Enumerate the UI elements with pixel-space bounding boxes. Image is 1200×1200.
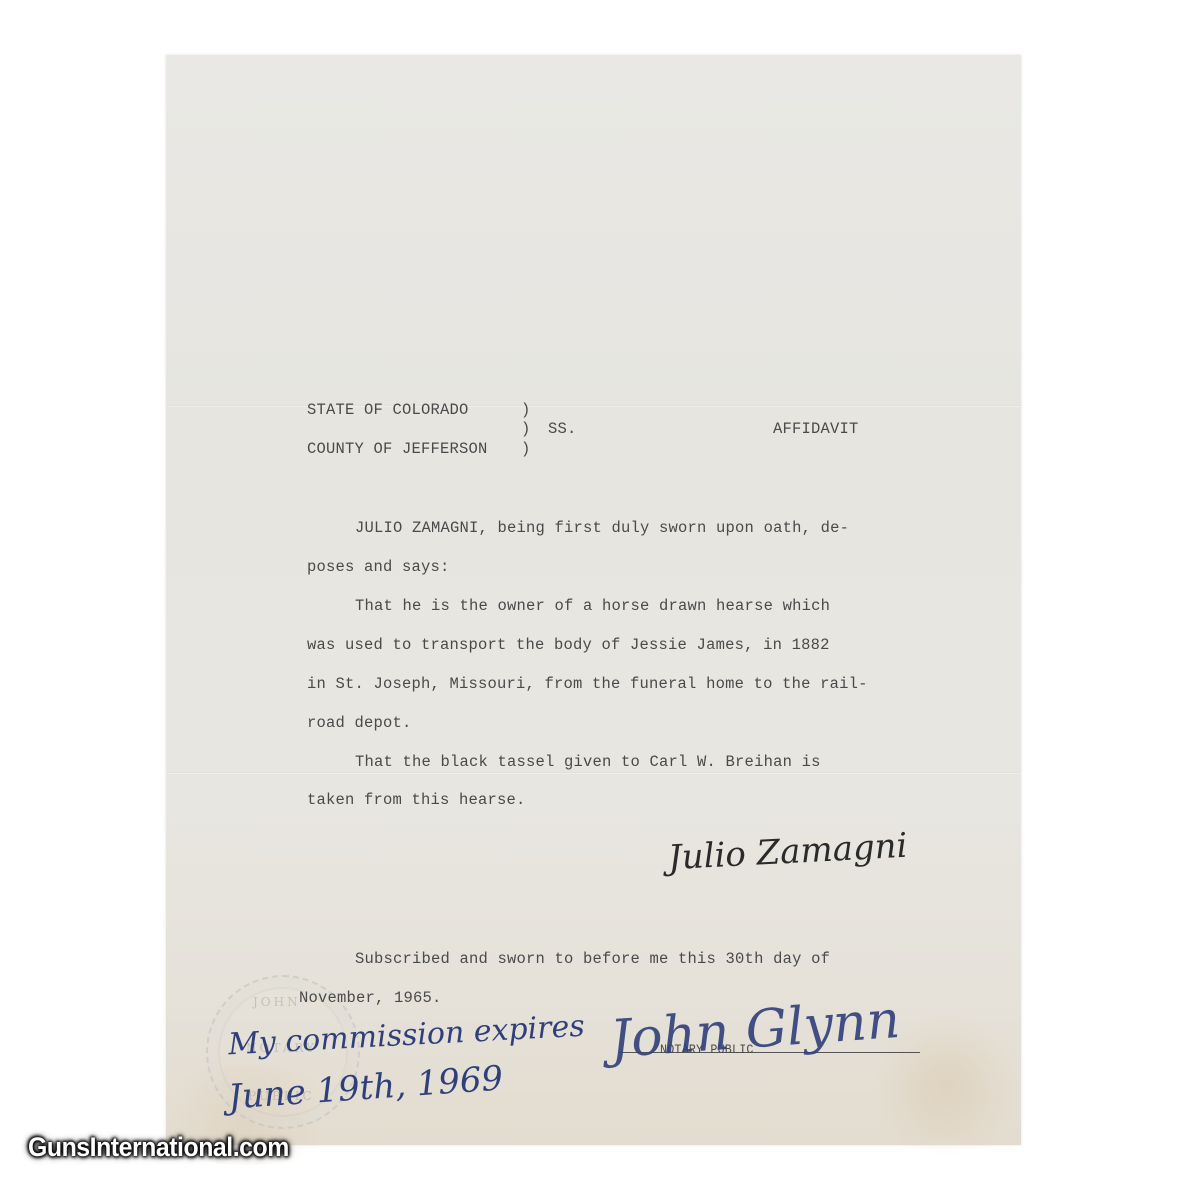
upper-fold-line: [166, 405, 1021, 407]
document-title: AFFIDAVIT: [773, 420, 859, 438]
jurat-line: Subscribed and sworn to before me this 3…: [355, 950, 830, 968]
state-line: STATE OF COLORADO: [307, 401, 469, 419]
body-line: taken from this hearse.: [307, 791, 526, 809]
bracket-bottom: ): [521, 440, 531, 458]
body-line: was used to transport the body of Jessie…: [307, 636, 830, 654]
body-line: JULIO ZAMAGNI, being first duly sworn up…: [355, 519, 849, 537]
body-line: in St. Joseph, Missouri, from the funera…: [307, 675, 868, 693]
bracket-mid: ): [521, 420, 531, 438]
seal-text-top: JOHN: [253, 995, 301, 1009]
body-line: road depot.: [307, 714, 412, 732]
venue-ss: SS.: [548, 420, 577, 438]
county-line: COUNTY OF JEFFERSON: [307, 440, 488, 458]
jurat-date: November, 1965.: [299, 989, 442, 1007]
body-line: That he is the owner of a horse drawn he…: [355, 597, 830, 615]
bracket-top: ): [521, 401, 531, 419]
site-watermark: GunsInternational.com: [28, 1132, 289, 1163]
body-line: That the black tassel given to Carl W. B…: [355, 753, 821, 771]
body-line: poses and says:: [307, 558, 450, 576]
lower-fold-line: [166, 772, 1021, 774]
